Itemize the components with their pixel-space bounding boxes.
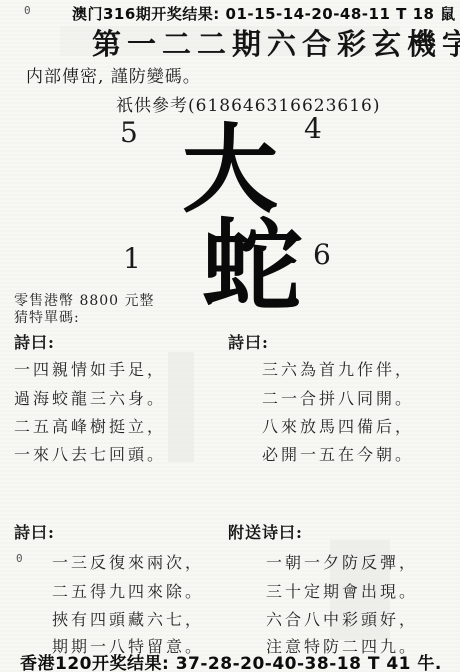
mystery-character-bottom: 蛇	[202, 216, 302, 316]
lottery-flyer-page: 0 澳门316期开奖结果: 01-15-14-20-48-11 T 18 鼠 第…	[0, 0, 460, 672]
guess-special-label: 猜特單碼:	[14, 307, 80, 327]
poem1-line1: 一四親情如手足，	[14, 357, 166, 380]
poem1-line2: 過海蛟龍三六身。	[14, 386, 166, 409]
corner-number-top-right: 4	[304, 112, 322, 145]
poem4-heading: 附送诗曰:	[228, 520, 303, 543]
poem3-line1: 一三反復來兩次，	[52, 550, 204, 573]
poem1-heading: 詩曰:	[14, 330, 55, 353]
poem4-line2: 三十定期會出現。	[266, 579, 418, 602]
poem2-line1: 三六為首九作伴，	[262, 357, 414, 380]
poem1-line3: 二五高峰樹挺立，	[14, 414, 166, 437]
poem2-line4: 必開一五在今朝。	[262, 442, 414, 465]
corner-number-top-left: 5	[120, 116, 138, 149]
corner-number-bottom-left: 1	[123, 242, 141, 275]
secrecy-note: 内部傳密, 謹防變碼。	[26, 62, 201, 87]
poem4-line1: 一朝一夕防反彈，	[266, 550, 418, 573]
hongkong-draw-result: 香港120开奖结果: 37-28-20-40-38-18 T 41 牛.	[20, 649, 442, 672]
poem3-line3: 挾有四頭藏六七，	[52, 607, 204, 630]
poem2-heading: 詩曰:	[228, 330, 269, 353]
page-title: 第一二二期六合彩玄機字	[92, 22, 460, 63]
poem3-line2: 二五得九四來除。	[52, 579, 204, 602]
poem2-line3: 八來放馬四備后，	[262, 414, 414, 437]
margin-mark-zero-top: 0	[24, 4, 31, 17]
macau-draw-result: 澳门316期开奖结果: 01-15-14-20-48-11 T 18 鼠	[72, 3, 456, 24]
mystery-character-top: 大	[182, 122, 278, 218]
poem2-line2: 二一合拼八同開。	[262, 386, 414, 409]
corner-number-bottom-right: 6	[313, 238, 331, 271]
scan-smudge	[168, 352, 194, 462]
poem1-line4: 一來八去七回頭。	[14, 442, 166, 465]
poem3-heading: 詩曰:	[14, 520, 55, 543]
margin-mark-zero-middle: 0	[16, 552, 23, 565]
poem4-line3: 六合八中彩頭好，	[266, 607, 418, 630]
